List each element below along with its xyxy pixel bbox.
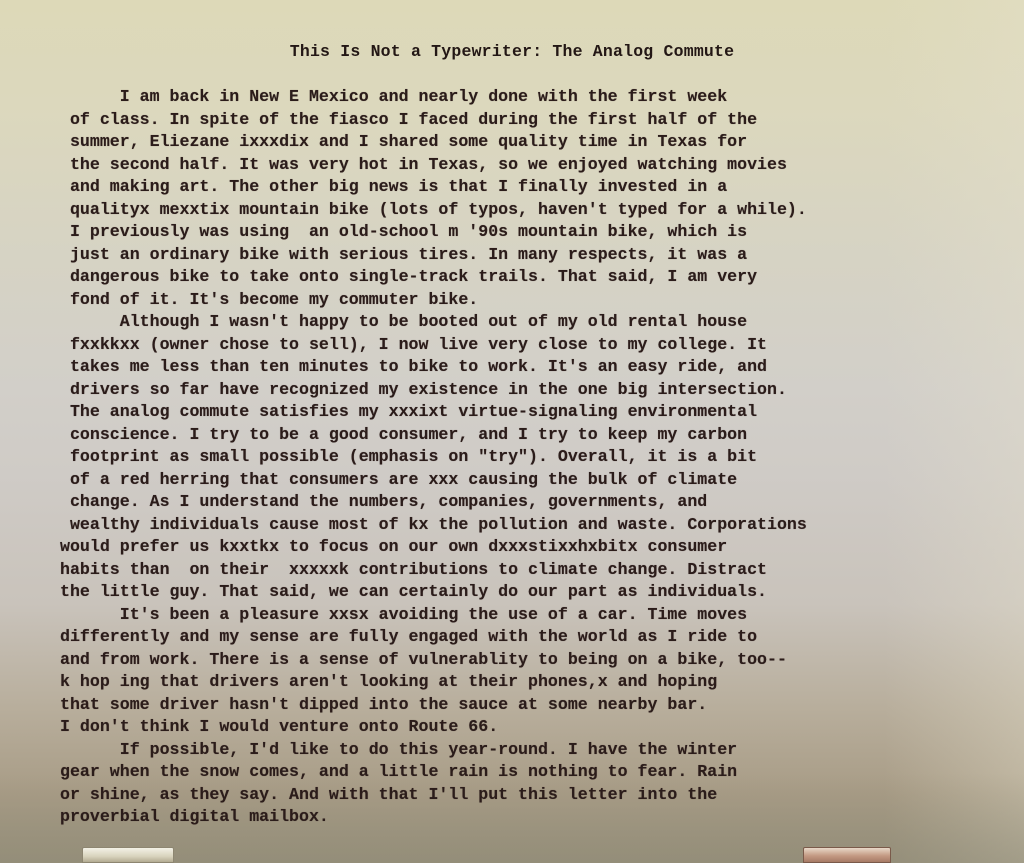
text-line: If possible, I'd like to do this year-ro… (60, 739, 1020, 762)
text-line: The analog commute satisfies my xxxixt v… (60, 401, 1020, 424)
text-line: change. As I understand the numbers, com… (60, 491, 1020, 514)
text-line: differently and my sense are fully engag… (60, 626, 1020, 649)
text-line: Although I wasn't happy to be booted out… (60, 311, 1020, 334)
text-line: drivers so far have recognized my existe… (60, 379, 1020, 402)
text-line: fond of it. It's become my commuter bike… (60, 289, 1020, 312)
text-line: or shine, as they say. And with that I'l… (60, 784, 1020, 807)
text-line: that some driver hasn't dipped into the … (60, 694, 1020, 717)
text-line: habits than on their xxxxxk contribution… (60, 559, 1020, 582)
text-line: k hop ing that drivers aren't looking at… (60, 671, 1020, 694)
text-line: would prefer us kxxtkx to focus on our o… (60, 536, 1020, 559)
typewriter-paper-clip-right (803, 847, 891, 863)
text-line: wealthy individuals cause most of kx the… (60, 514, 1020, 537)
document-title: This Is Not a Typewriter: The Analog Com… (0, 42, 1024, 61)
text-line: gear when the snow comes, and a little r… (60, 761, 1020, 784)
text-line: conscience. I try to be a good consumer,… (60, 424, 1020, 447)
text-line: dangerous bike to take onto single-track… (60, 266, 1020, 289)
text-line: the little guy. That said, we can certai… (60, 581, 1020, 604)
text-line: just an ordinary bike with serious tires… (60, 244, 1020, 267)
text-line: footprint as small possible (emphasis on… (60, 446, 1020, 469)
typewriter-paper-clip-left (82, 847, 174, 863)
text-line: fxxkkxx (owner chose to sell), I now liv… (60, 334, 1020, 357)
text-line: I am back in New E Mexico and nearly don… (60, 86, 1020, 109)
text-line: summer, Eliezane ixxxdix and I shared so… (60, 131, 1020, 154)
text-line: of class. In spite of the fiasco I faced… (60, 109, 1020, 132)
text-line: of a red herring that consumers are xxx … (60, 469, 1020, 492)
text-line: qualityx mexxtix mountain bike (lots of … (60, 199, 1020, 222)
text-line: and making art. The other big news is th… (60, 176, 1020, 199)
text-line: I don't think I would venture onto Route… (60, 716, 1020, 739)
text-line: and from work. There is a sense of vulne… (60, 649, 1020, 672)
text-line: proverbial digital mailbox. (60, 806, 1020, 829)
text-line: the second half. It was very hot in Texa… (60, 154, 1020, 177)
text-line: takes me less than ten minutes to bike t… (60, 356, 1020, 379)
document-body: I am back in New E Mexico and nearly don… (60, 86, 1020, 829)
text-line: I previously was using an old-school m '… (60, 221, 1020, 244)
text-line: It's been a pleasure xxsx avoiding the u… (60, 604, 1020, 627)
